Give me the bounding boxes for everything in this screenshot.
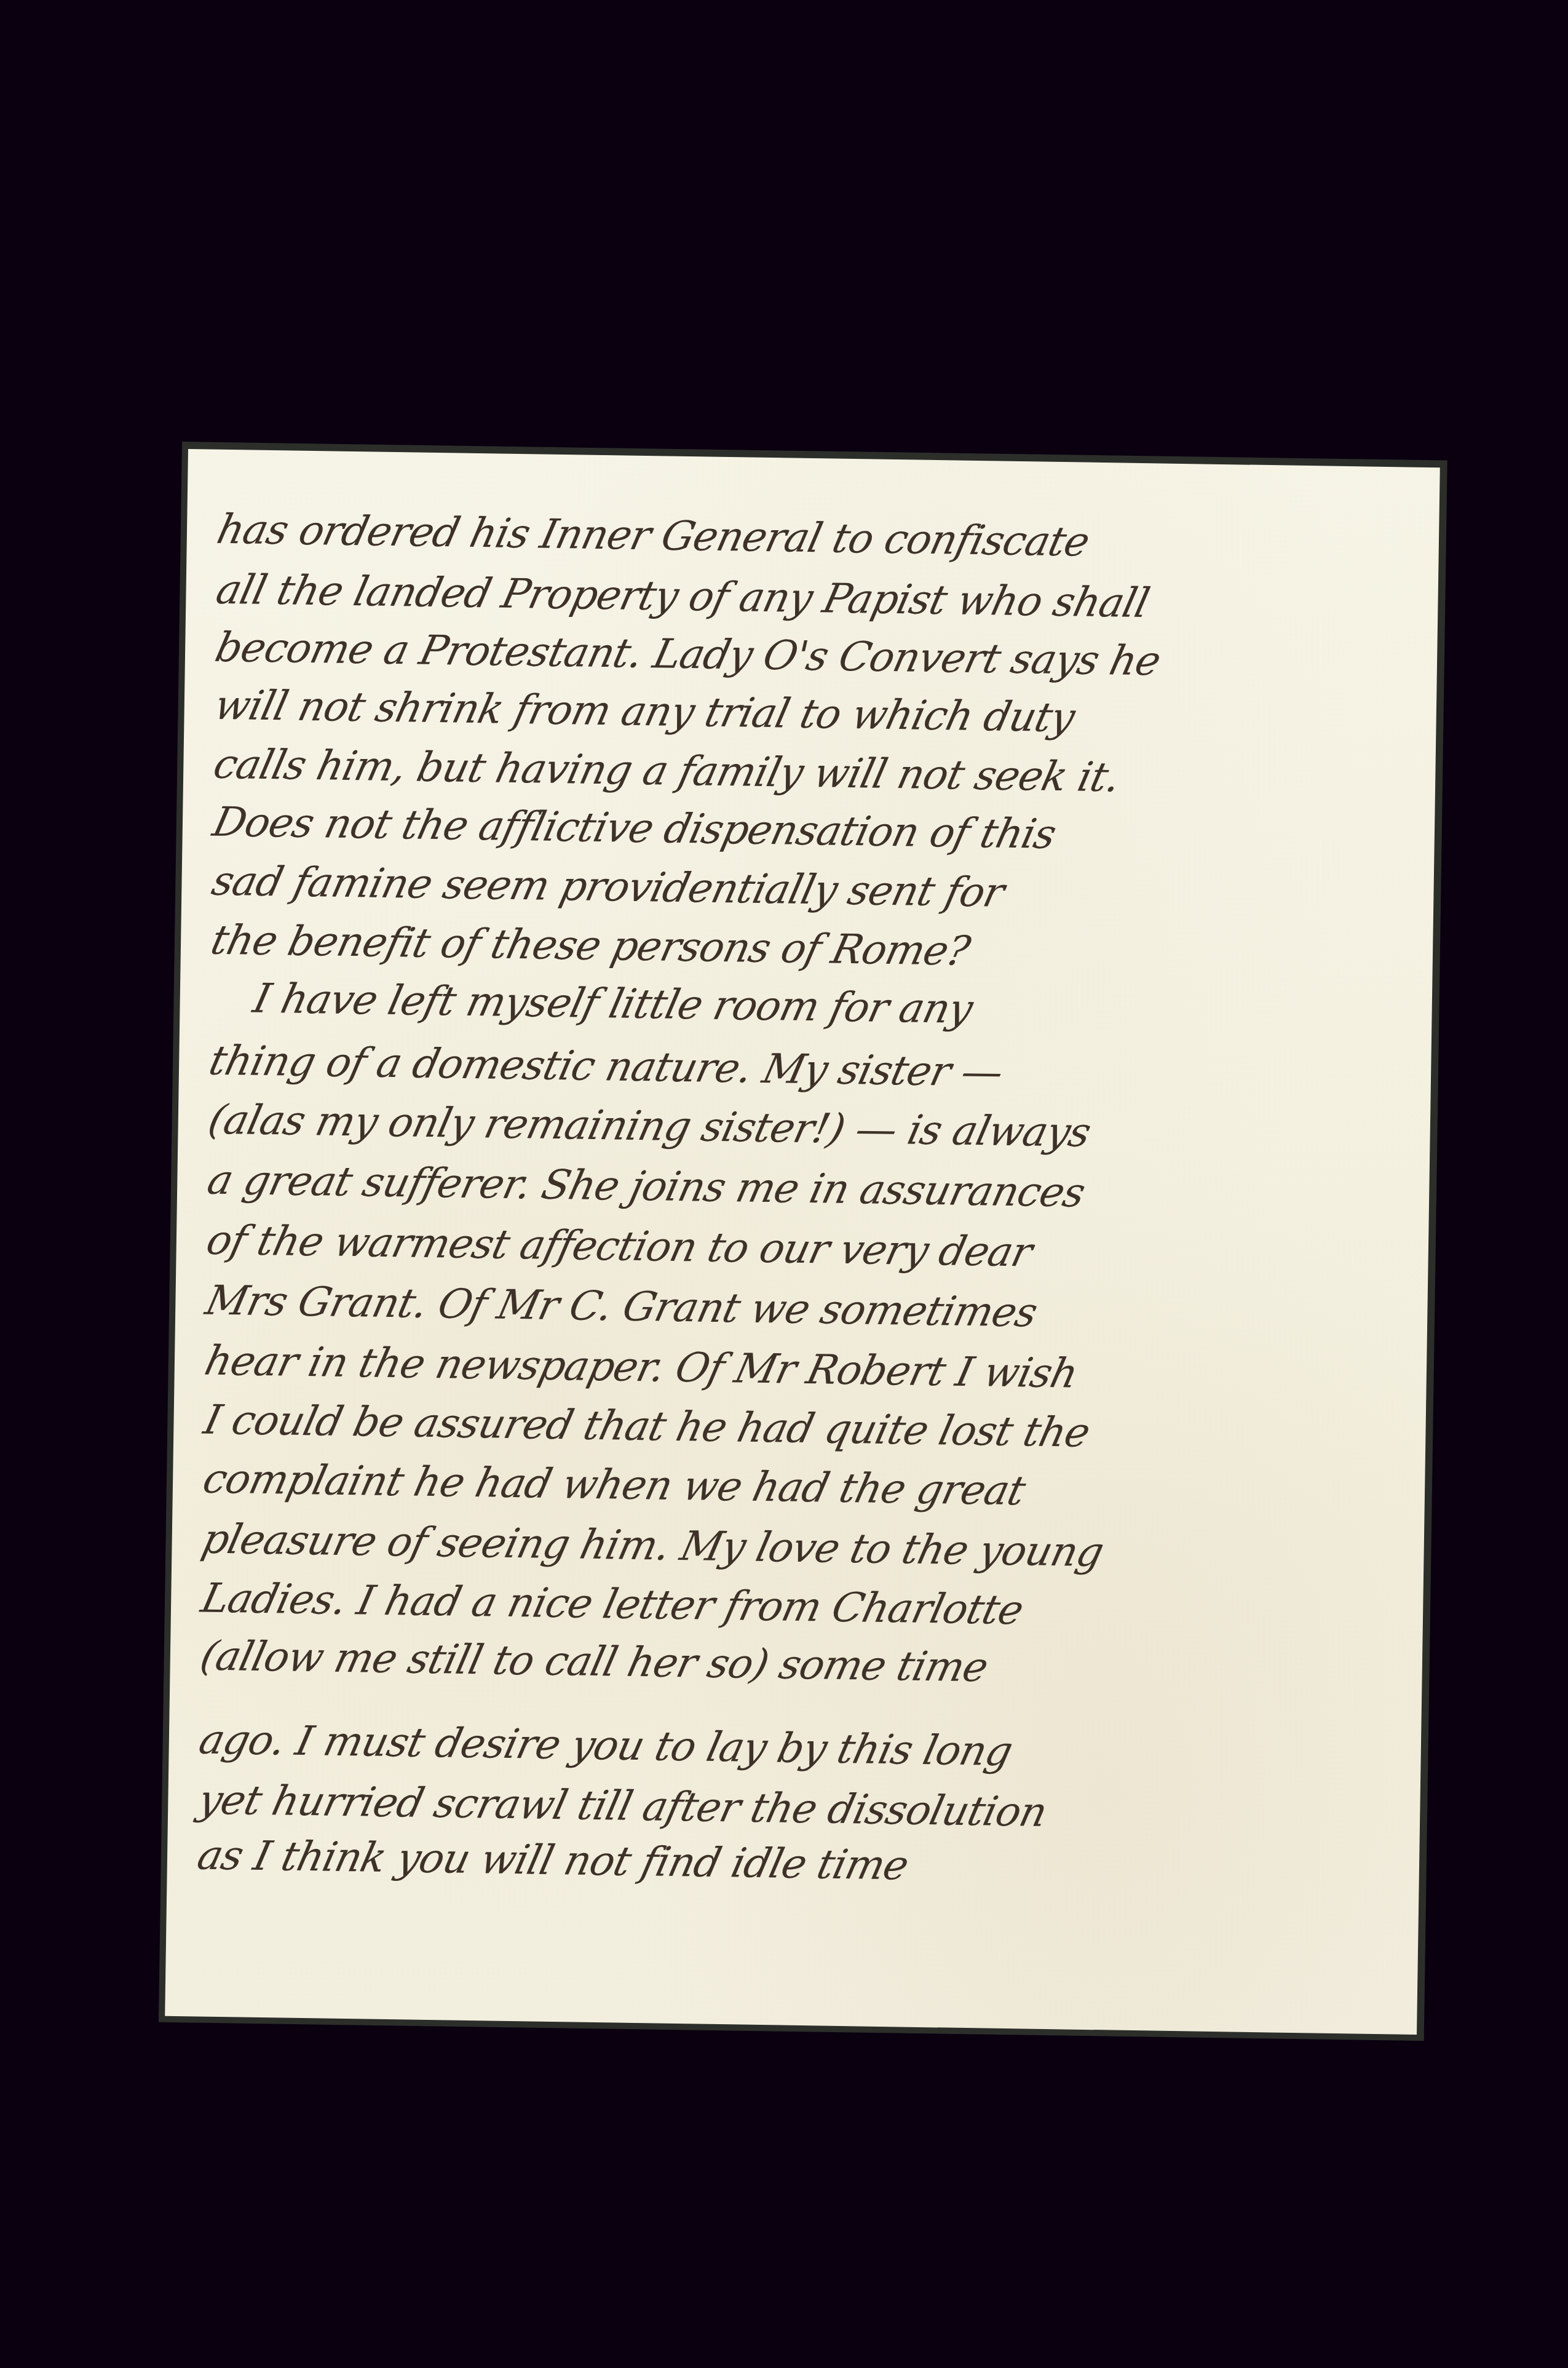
letter-page: has ordered his Inner General to confisc… bbox=[165, 449, 1440, 2035]
handwritten-text-body: has ordered his Inner General to confisc… bbox=[165, 449, 1440, 2035]
scan-background: has ordered his Inner General to confisc… bbox=[0, 0, 1568, 2368]
